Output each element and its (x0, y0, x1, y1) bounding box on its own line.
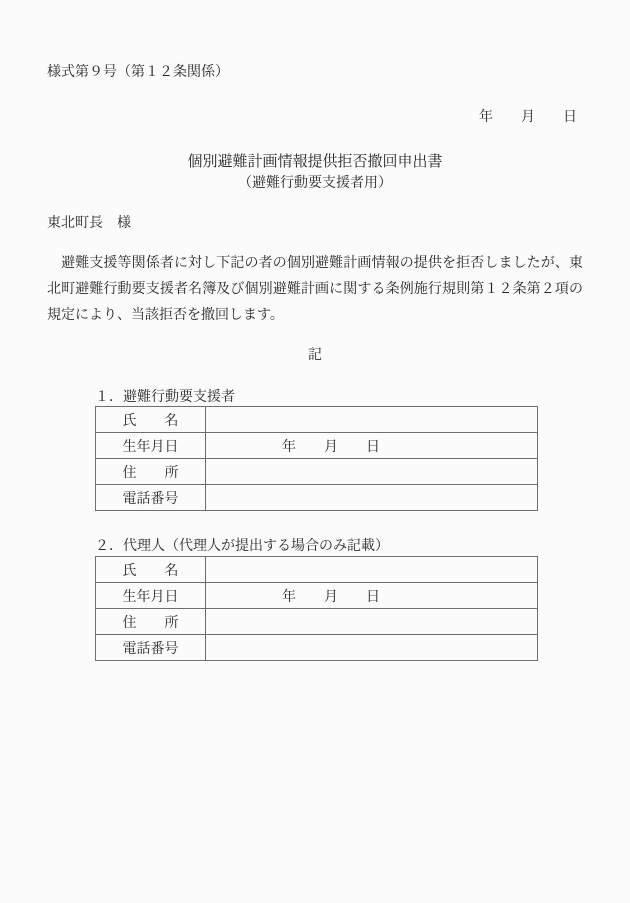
section-1-table: 氏 名 生年月日 年 月 日 住 所 電話番号 (95, 406, 538, 511)
section-2-heading: ２．代理人（代理人が提出する場合のみ記載） (95, 535, 389, 555)
field-value-birthdate: 年 月 日 (206, 433, 538, 459)
field-value-phone (206, 485, 538, 511)
body-paragraph: 避難支援等関係者に対し下記の者の個別避難計画情報の提供を拒否しましたが、東北町避… (47, 251, 583, 329)
section-2-table: 氏 名 生年月日 年 月 日 住 所 電話番号 (95, 556, 538, 661)
page-subtitle: （避難行動要支援者用） (0, 172, 630, 192)
table-row-phone: 電話番号 (96, 635, 538, 661)
field-value-birthdate: 年 月 日 (206, 583, 538, 609)
table-row-birthdate: 生年月日 年 月 日 (96, 583, 538, 609)
table-row-birthdate: 生年月日 年 月 日 (96, 433, 538, 459)
field-label-phone: 電話番号 (96, 485, 206, 511)
table-row-address: 住 所 (96, 609, 538, 635)
field-label-phone: 電話番号 (96, 635, 206, 661)
field-value-name (206, 557, 538, 583)
section-1-heading: １．避難行動要支援者 (95, 386, 235, 406)
field-value-address (206, 459, 538, 485)
field-value-name (206, 407, 538, 433)
field-label-address: 住 所 (96, 459, 206, 485)
page-title: 個別避難計画情報提供拒否撤回申出書 (0, 150, 630, 171)
field-value-address (206, 609, 538, 635)
section-marker: 記 (0, 344, 630, 364)
document-page: 様式第９号（第１２条関係） 年 月 日 個別避難計画情報提供拒否撤回申出書 （避… (0, 0, 630, 903)
table-row-address: 住 所 (96, 459, 538, 485)
date-line: 年 月 日 (479, 106, 577, 126)
field-label-birthdate: 生年月日 (96, 583, 206, 609)
field-label-name: 氏 名 (96, 557, 206, 583)
field-label-address: 住 所 (96, 609, 206, 635)
table-row-name: 氏 名 (96, 557, 538, 583)
table-row-phone: 電話番号 (96, 485, 538, 511)
field-value-phone (206, 635, 538, 661)
addressee: 東北町長 様 (47, 212, 131, 232)
form-number: 様式第９号（第１２条関係） (47, 61, 229, 81)
field-label-name: 氏 名 (96, 407, 206, 433)
field-label-birthdate: 生年月日 (96, 433, 206, 459)
table-row-name: 氏 名 (96, 407, 538, 433)
